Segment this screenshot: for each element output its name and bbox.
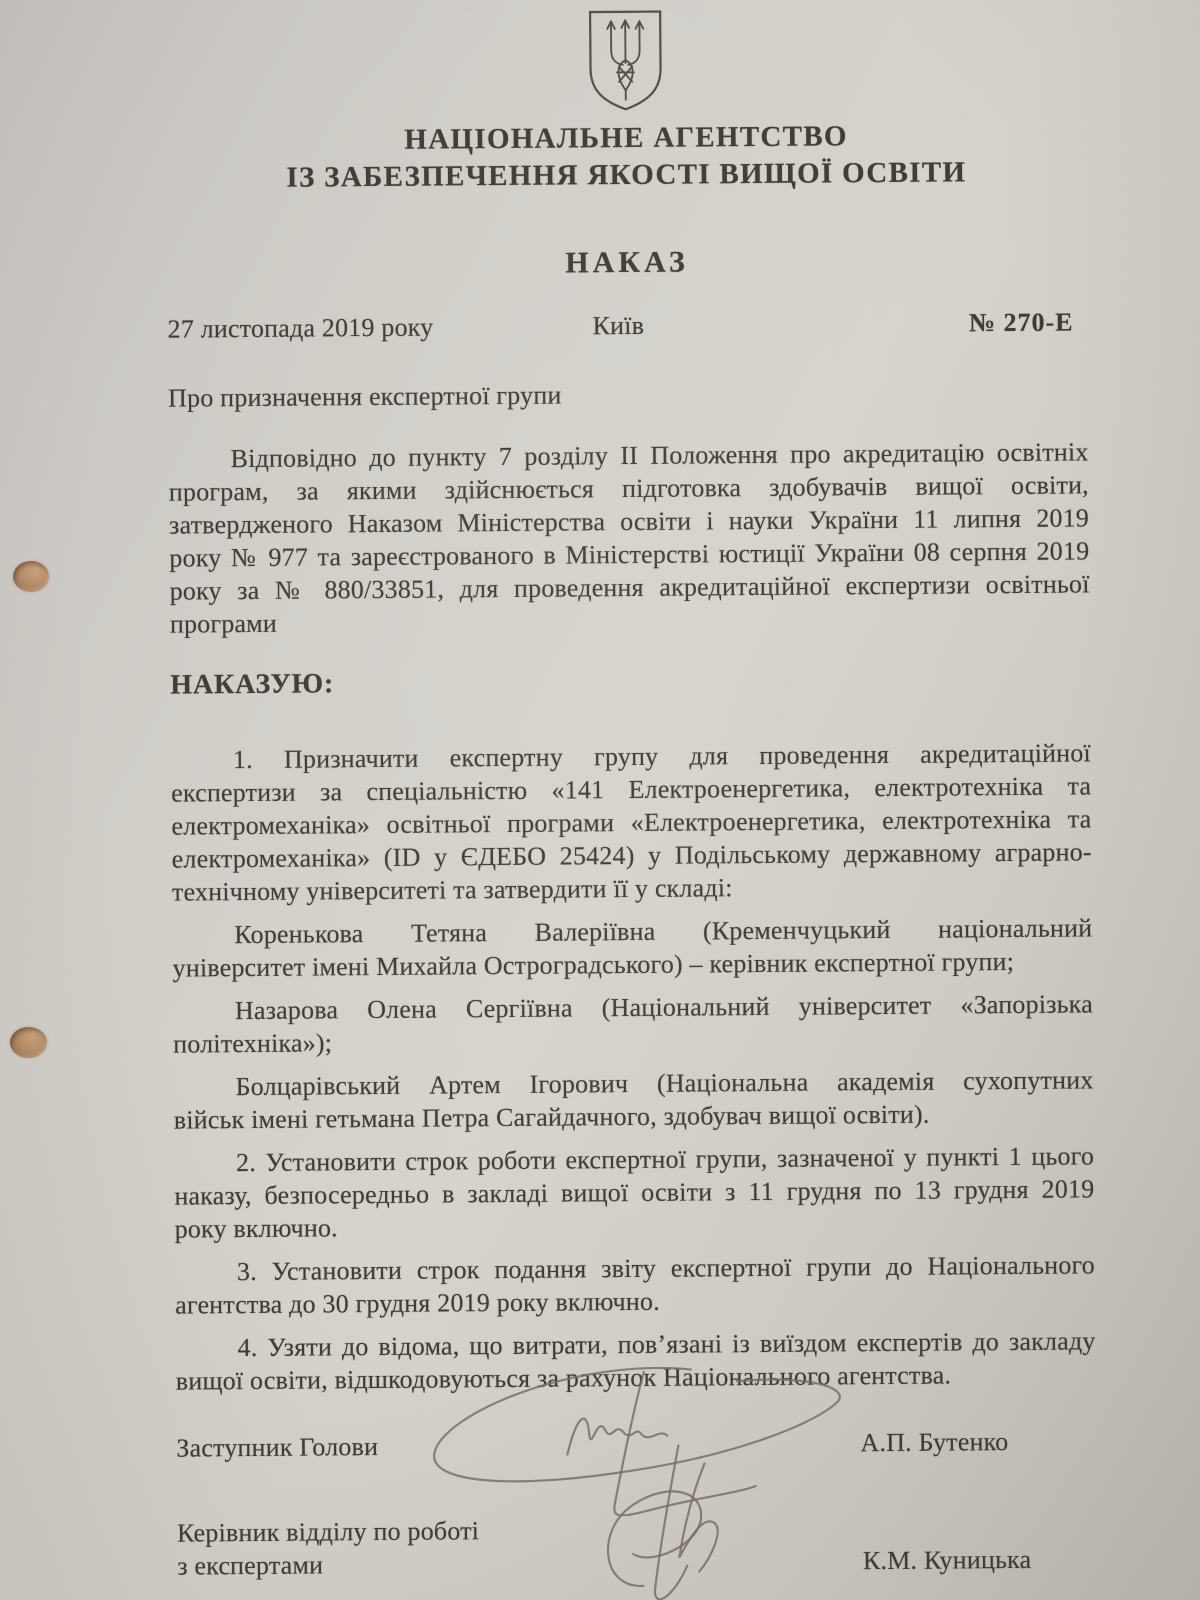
expert-line: військ імені гетьмана Петра Сагайдачного… bbox=[174, 1096, 1094, 1136]
meta-row: 27 листопада 2019 року Київ № 270-Е bbox=[167, 305, 1087, 345]
signatory-title: Керівник відділу по роботі з експертами bbox=[177, 1514, 480, 1582]
document-type-title: НАКАЗ bbox=[167, 242, 1087, 282]
order-item-line: року включно. bbox=[175, 1205, 1095, 1245]
signature-row-deputy-head: Заступник Голови А.П. Бутенко bbox=[176, 1424, 1096, 1464]
agency-name-line2: ІЗ ЗАБЕЗПЕЧЕННЯ ЯКОСТІ ВИЩОЇ ОСВІТИ bbox=[166, 153, 1086, 197]
document-content: НАЦІОНАЛЬНЕ АГЕНТСТВО ІЗ ЗАБЕЗПЕЧЕННЯ ЯК… bbox=[165, 0, 1097, 1583]
order-subject: Про призначення експертної групи bbox=[168, 374, 1088, 414]
order-item-1: 1. Призначити експертну групу для провед… bbox=[171, 736, 1092, 908]
order-item-4: 4. Узяти до відома, що витрати, пов’язан… bbox=[175, 1324, 1095, 1397]
signature-row-department-head: Керівник відділу по роботі з експертами … bbox=[177, 1509, 1097, 1582]
order-item-2: 2. Установити строк роботи експертної гр… bbox=[174, 1139, 1095, 1245]
expert-entry-1: Коренькова Тетяна Валеріївна (Кременчуць… bbox=[172, 911, 1092, 984]
expert-line: університет імені Михайла Остроградськог… bbox=[172, 944, 1092, 984]
preamble-paragraph: Відповідно до пункту 7 розділу ІІ Положе… bbox=[168, 435, 1090, 640]
tryzub-emblem-icon bbox=[585, 8, 666, 115]
order-keyword: НАКАЗУЮ: bbox=[170, 661, 1090, 701]
order-city: Київ bbox=[517, 308, 720, 343]
punch-hole-top bbox=[13, 561, 49, 592]
expert-entry-2: Назарова Олена Сергіївна (Національний у… bbox=[173, 987, 1093, 1060]
order-item-line: технічному університеті та затвердити її… bbox=[172, 868, 1092, 908]
order-item-line: вищої освіти, відшкодовуються за рахунок… bbox=[176, 1357, 1096, 1397]
scanned-order-document: НАЦІОНАЛЬНЕ АГЕНТСТВО ІЗ ЗАБЕЗПЕЧЕННЯ ЯК… bbox=[0, 0, 1200, 1600]
expert-entry-3: Болцарівський Артем Ігорович (Національн… bbox=[173, 1063, 1093, 1136]
punch-hole-bottom bbox=[10, 1027, 47, 1058]
order-number: № 270-Е bbox=[719, 305, 1087, 341]
expert-line: політехніка»); bbox=[173, 1020, 1093, 1060]
order-item-line: агентства до 30 грудня 2019 року включно… bbox=[175, 1281, 1095, 1321]
order-date: 27 листопада 2019 року bbox=[167, 310, 517, 346]
signatory-name: А.П. Бутенко bbox=[860, 1425, 1008, 1459]
signatory-name: К.М. Куницька bbox=[863, 1543, 1032, 1577]
signatory-title: Заступник Голови bbox=[176, 1430, 378, 1465]
signatory-title-line: з експертами bbox=[177, 1547, 479, 1582]
order-item-3: 3. Установити строк подання звіту експер… bbox=[175, 1248, 1095, 1321]
signatory-title-line: Керівник відділу по роботі bbox=[177, 1514, 479, 1549]
